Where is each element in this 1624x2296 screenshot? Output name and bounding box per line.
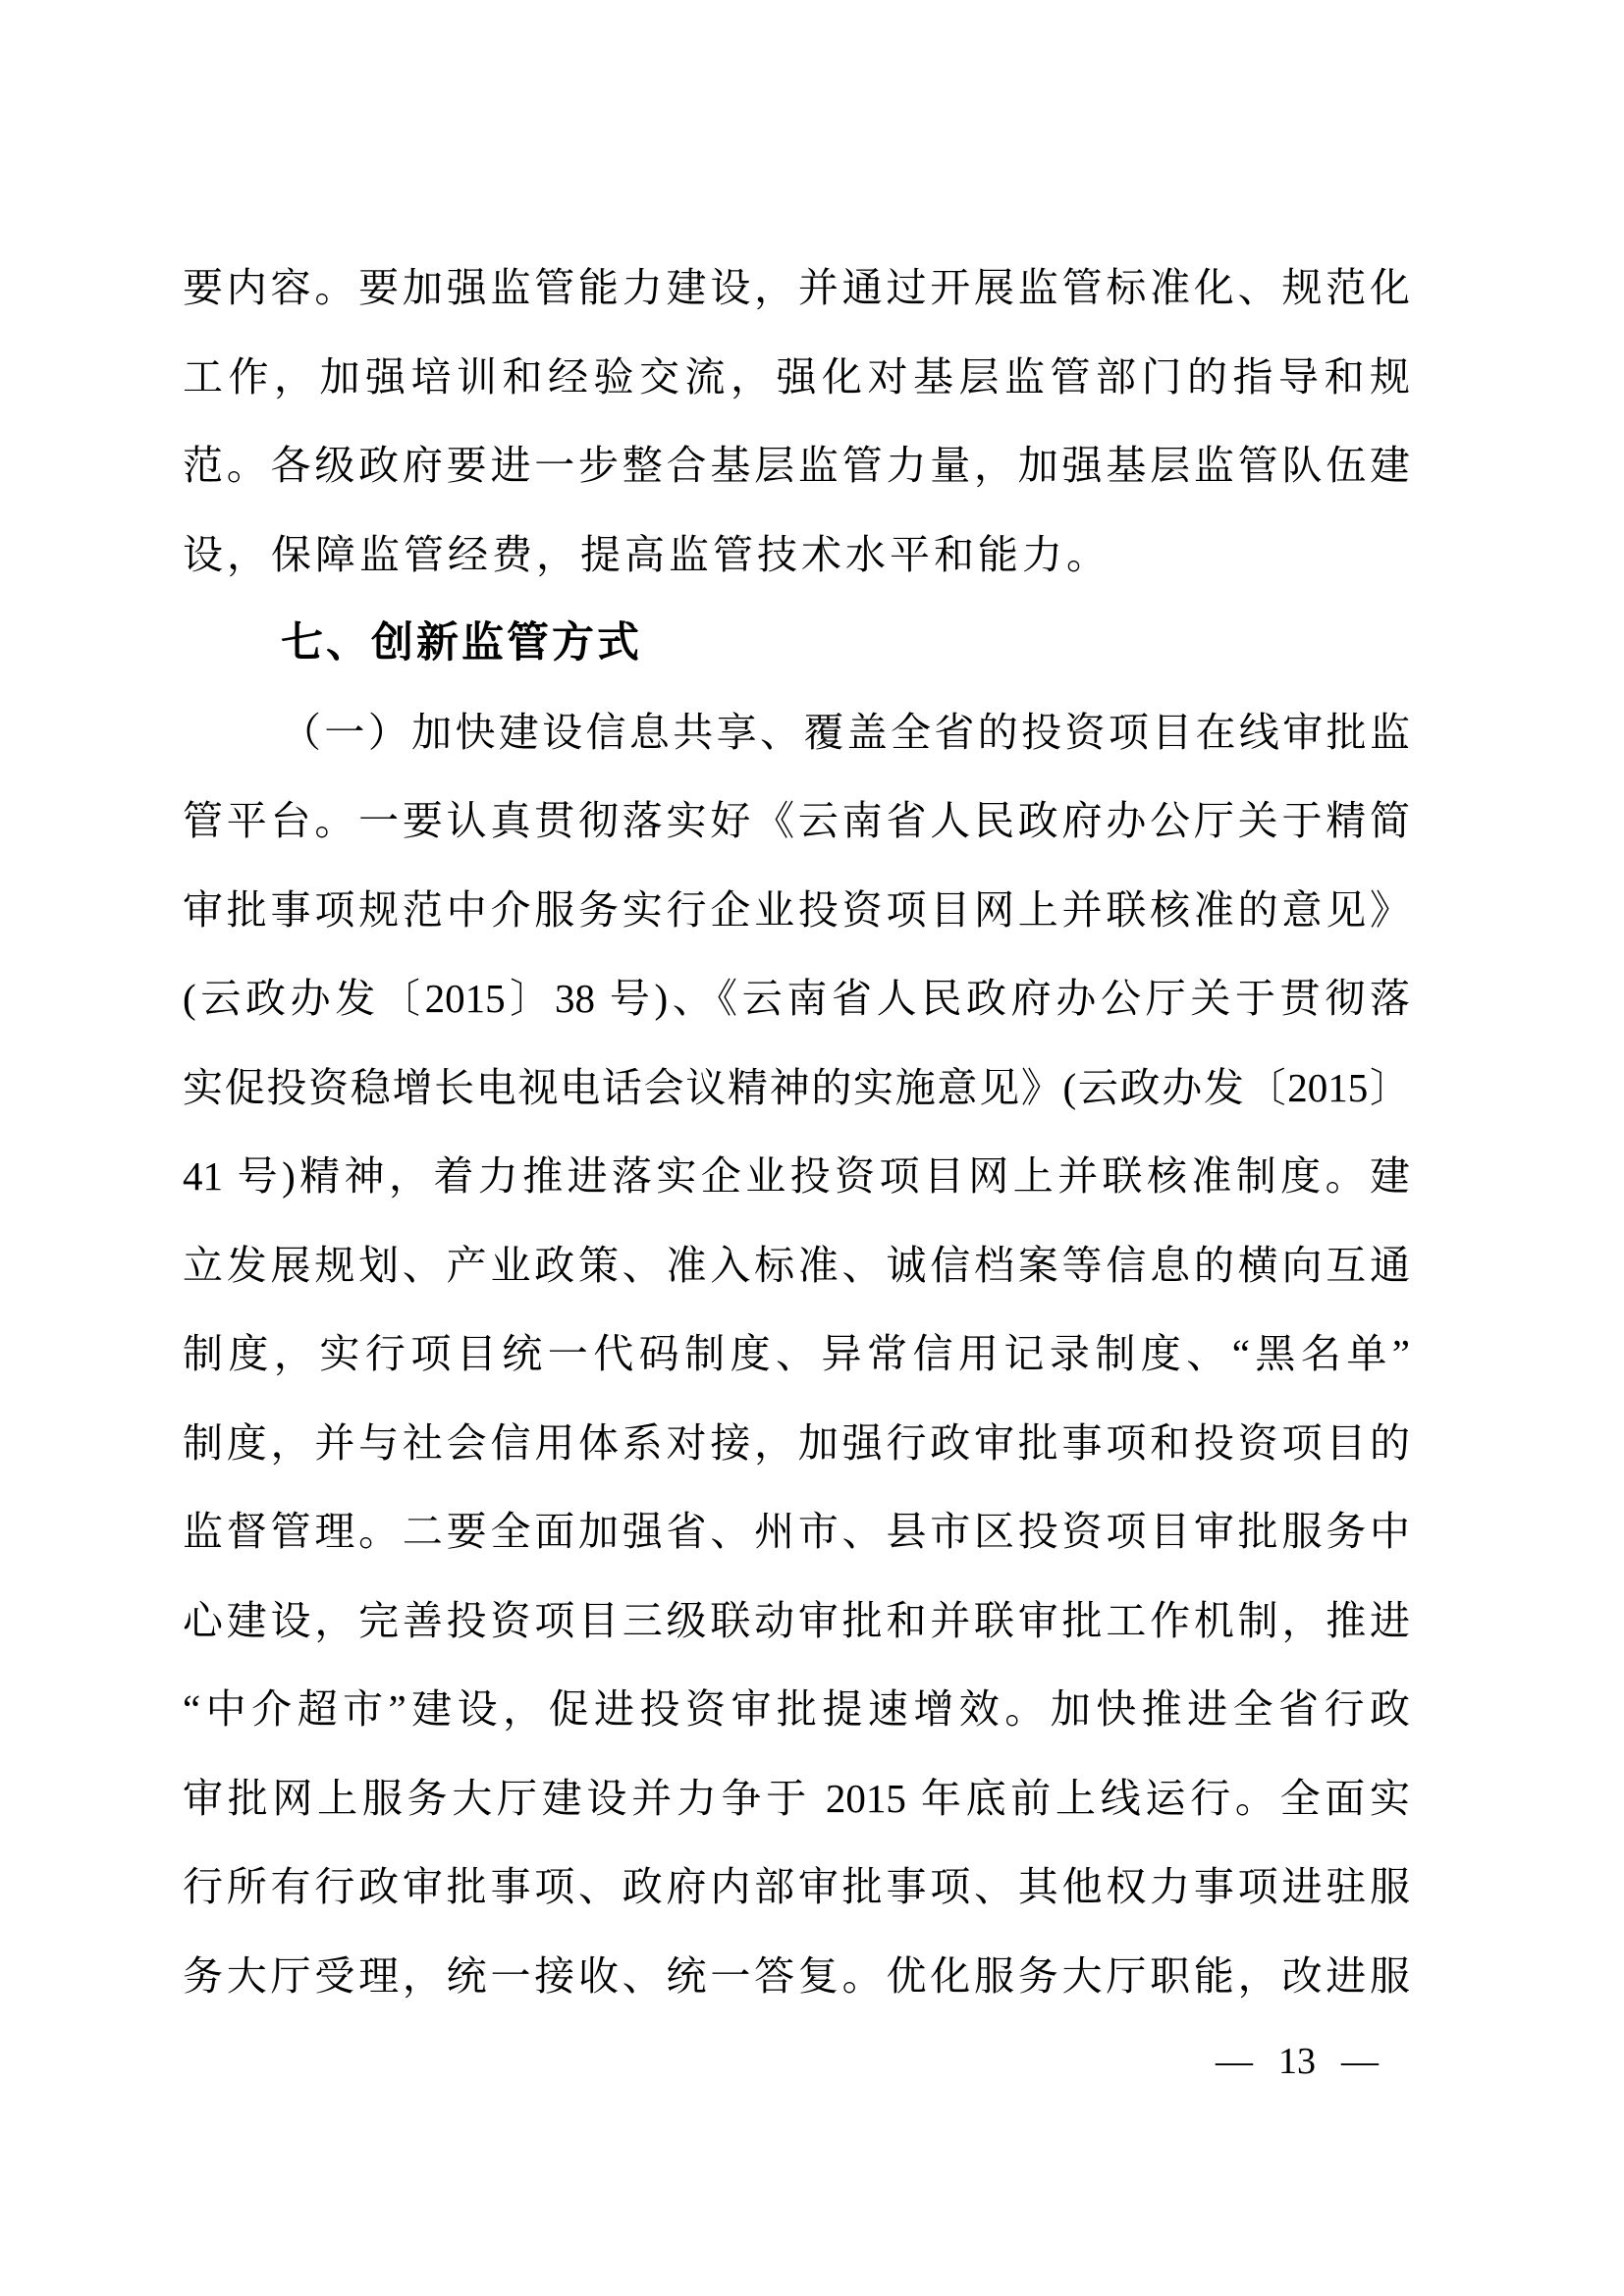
body-line: 立发展规划、产业政策、准入标准、诚信档案等信息的横向互通	[183, 1221, 1410, 1310]
page-number: — 13 —	[1216, 2034, 1379, 2089]
body-line: （一）加快建设信息共享、覆盖全省的投资项目在线审批监	[183, 688, 1410, 777]
body-line: 实促投资稳增长电视电话会议精神的实施意见》(云政办发〔2015〕	[183, 1043, 1410, 1133]
body-line: 管平台。一要认真贯彻落实好《云南省人民政府办公厅关于精简	[183, 776, 1410, 866]
body-line: 行所有行政审批事项、政府内部审批事项、其他权力事项进驻服	[183, 1842, 1410, 1932]
body-line: 制度，并与社会信用体系对接，加强行政审批事项和投资项目的	[183, 1399, 1410, 1488]
body-line: 审批网上服务大厅建设并力争于 2015 年底前上线运行。全面实	[183, 1754, 1410, 1843]
body-line: “中介超市”建设，促进投资审批提速增效。加快推进全省行政	[183, 1665, 1410, 1754]
document-text-block: 要内容。要加强监管能力建设，并通过开展监管标准化、规范化 工作，加强培训和经验交…	[183, 243, 1410, 2020]
body-line: 要内容。要加强监管能力建设，并通过开展监管标准化、规范化	[183, 243, 1410, 333]
page-number-dash-left: —	[1216, 2034, 1253, 2089]
body-line: 心建设，完善投资项目三级联动审批和并联审批工作机制，推进	[183, 1576, 1410, 1666]
page-number-value: 13	[1278, 2034, 1316, 2089]
body-line: 设，保障监管经费，提高监管技术水平和能力。	[183, 510, 1410, 600]
body-line: 工作，加强培训和经验交流，强化对基层监管部门的指导和规	[183, 333, 1410, 422]
section-heading: 七、创新监管方式	[183, 599, 1410, 688]
body-line: (云政办发〔2015〕38 号)、《云南省人民政府办公厅关于贯彻落	[183, 954, 1410, 1043]
body-line: 务大厅受理，统一接收、统一答复。优化服务大厅职能，改进服	[183, 1932, 1410, 2021]
body-line: 范。各级政府要进一步整合基层监管力量，加强基层监管队伍建	[183, 421, 1410, 510]
page-number-dash-right: —	[1341, 2034, 1379, 2089]
body-line: 监督管理。二要全面加强省、州市、县市区投资项目审批服务中	[183, 1487, 1410, 1576]
body-line: 审批事项规范中介服务实行企业投资项目网上并联核准的意见》	[183, 866, 1410, 955]
body-line: 制度，实行项目统一代码制度、异常信用记录制度、“黑名单”	[183, 1309, 1410, 1399]
body-line: 41 号)精神，着力推进落实企业投资项目网上并联核准制度。建	[183, 1132, 1410, 1221]
document-page: 要内容。要加强监管能力建设，并通过开展监管标准化、规范化 工作，加强培训和经验交…	[0, 0, 1624, 2296]
